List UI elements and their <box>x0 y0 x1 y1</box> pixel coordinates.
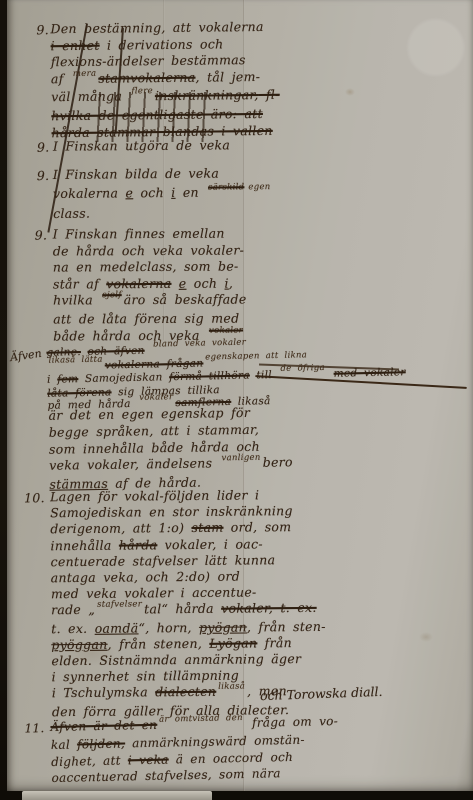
strikethrough-text: vokalerna frågan <box>105 357 204 371</box>
superscript-insert: egenskapen att likna <box>205 349 307 364</box>
item-number: 11. <box>24 720 44 737</box>
text-segment: , från sten- <box>247 618 326 634</box>
text-segment: Lagen för vokal-följden lider i <box>50 487 259 504</box>
text-segment: äro så beskaffade <box>124 292 247 308</box>
text-segment: “, horn, <box>138 620 199 636</box>
text-segment: derigenom, att 1:o) <box>50 520 191 536</box>
paragraph: 9.I Finskan utgöra de veka <box>53 136 230 154</box>
text-segment: hvilka <box>53 293 100 308</box>
strikethrough-text: dialecten <box>155 684 216 700</box>
text-segment: begge språken, att i stammar, <box>49 422 260 440</box>
text-segment: antaga veka, och 2:do) ord <box>51 569 240 586</box>
manuscript-line: rade „stafvelsertal“ hårda vokaler, t. e… <box>51 600 326 621</box>
manuscript-line: na en medelclass, som be- <box>53 259 247 277</box>
text-segment: ord, som <box>223 520 291 536</box>
text-segment: I Finskan utgöra de veka <box>53 137 230 153</box>
manuscript-line: veka vokaler, ändelsens vanligenbero <box>49 455 293 477</box>
text-segment: dighet, att <box>51 753 128 769</box>
strikethrough-text: pyöggan <box>51 637 107 652</box>
text-segment: fråga om vo- <box>245 714 338 730</box>
paragraph: 9.I Finskan bilda de vekavokalerna e och… <box>53 164 273 223</box>
text-segment: oamdä <box>95 620 139 635</box>
strikethrough-text: inskränkningar, <box>155 87 259 103</box>
superscript-insert: likaså lätta <box>48 353 102 367</box>
text-segment: i synnerhet sin tillämpning <box>52 668 239 685</box>
text-segment: tal“ hårda <box>144 601 221 617</box>
superscript-insert: vanligen <box>221 450 260 467</box>
margin-note: Äfven <box>9 347 42 364</box>
text-segment: na en medelclass, som be- <box>53 259 239 275</box>
text-segment: kal <box>51 738 78 753</box>
superscript-insert: de öfriga <box>280 362 325 376</box>
manuscript-line: väl många flereinskränkningar, fl- <box>51 87 280 108</box>
paragraph: 9.I Finskan finnes emellande hårda och v… <box>53 225 247 346</box>
strikethrough-text: Äfven är det en <box>50 718 157 734</box>
text-segment: ä en oaccord och <box>169 750 294 767</box>
superscript-insert: bland veka vokaler <box>153 337 246 352</box>
manuscript-photo: 9.Den bestämning, att vokalernai enhet i… <box>0 0 473 800</box>
text-segment: t. ex. <box>51 620 95 635</box>
text-segment: I Finskan bilda de veka <box>53 166 219 182</box>
text-segment: i Tschulymska <box>52 685 156 701</box>
superscript-insert: stafvelser <box>97 597 142 614</box>
text-segment: Samojediskan <box>78 371 169 385</box>
paragraph: 10.Lagen för vokal-följden lider iSamoje… <box>50 487 327 720</box>
text-segment: elden. Sistnämnda anmärkning äger <box>51 651 301 668</box>
superscript-insert: likaså <box>218 679 245 695</box>
text-segment: oaccentuerad stafvelses, som nära <box>51 766 281 785</box>
strikethrough-text: Lyögan <box>209 635 257 650</box>
text-segment: till <box>250 369 279 382</box>
manuscript-line: de hårda och veka vokaler- <box>53 242 247 260</box>
strikethrough-text: förmå tillhöra <box>169 370 250 384</box>
manuscript-line: derigenom, att 1:o) stam ord, som <box>50 519 325 538</box>
strikethrough-text: hvilka de egentligaste äro: att <box>51 106 263 123</box>
strikethrough-text: vokaler, t. ex. <box>221 600 317 616</box>
strikethrough-text: med vokaler <box>334 366 406 380</box>
text-segment <box>144 345 151 357</box>
text-segment: vokaler, i oac- <box>157 536 263 552</box>
text-segment: innehålla <box>50 537 119 553</box>
text-segment: vokalerna <box>53 185 126 201</box>
manuscript-page: 9.Den bestämning, att vokalernai enhet i… <box>7 0 473 791</box>
text-segment: väl många <box>51 89 129 105</box>
text-segment: , från stenen, <box>107 636 209 652</box>
manuscript-line: class. <box>53 203 273 223</box>
handwritten-text-layer: 9.Den bestämning, att vokalernai enhet i… <box>7 0 473 791</box>
text-segment: i <box>47 374 58 386</box>
manuscript-line: vokalerna e och i en särskildegen <box>53 183 273 205</box>
text-segment: och <box>133 184 171 199</box>
text-segment: de hårda och veka vokaler- <box>53 242 244 258</box>
manuscript-line: I Finskan utgöra de veka <box>53 136 230 154</box>
text-segment: från <box>257 635 292 650</box>
strikethrough-text: särskild <box>208 178 244 197</box>
manuscript-line: elden. Sistnämnda anmärkning äger <box>51 651 326 670</box>
item-number: 10. <box>24 490 45 506</box>
item-number: 9. <box>37 167 50 186</box>
strikethrough-text: hårda <box>119 537 158 552</box>
text-segment: en <box>175 184 206 199</box>
text-segment: af <box>51 71 71 86</box>
text-segment: och <box>186 275 224 290</box>
superscript-insert: mera <box>73 66 97 83</box>
strikethrough-text: fem <box>57 373 78 385</box>
text-segment: , tål jem- <box>195 69 260 85</box>
paragraph: 9.Den bestämning, att vokalernai enhet i… <box>50 19 280 142</box>
manuscript-line: I Finskan finnes emellan <box>53 225 247 243</box>
strikethrough-text: pyögan <box>199 619 247 634</box>
paragraph: galne. och äfven bland veka vokalerlikas… <box>46 339 406 413</box>
item-number: 9. <box>37 139 50 156</box>
text-segment: är det en egen egenskap för <box>48 405 250 423</box>
manuscript-line: Den bestämning, att vokalerna <box>50 19 279 38</box>
text-segment: , <box>229 275 233 290</box>
text-segment: bero <box>263 455 293 470</box>
text-segment: står af <box>53 276 106 291</box>
strikethrough-text: i veka <box>128 752 169 767</box>
manuscript-line: hvilka sjelfäro så beskaffade <box>53 292 247 312</box>
manuscript-line: står af vokalerna e och i, <box>53 275 247 293</box>
strikethrough-text: följden, <box>77 737 125 752</box>
text-segment: centuerade stafvelser lätt kunna <box>51 552 276 569</box>
strikethrough-text: i enhet <box>51 37 100 53</box>
superscript-insert: flere <box>131 84 153 101</box>
superscript-insert: vokaler <box>139 391 173 404</box>
superscript-insert: egen <box>248 178 270 197</box>
text-segment <box>171 276 178 291</box>
item-number: 9. <box>36 22 49 39</box>
strikethrough-text: sjelf <box>102 288 121 305</box>
text-segment: Samojediskan en stor inskränkning <box>50 503 293 520</box>
item-number: 9. <box>35 228 48 245</box>
text-segment: med veka vokaler i accentue- <box>51 585 257 602</box>
paragraph: är det en egen egenskap förbegge språken… <box>48 404 293 493</box>
superscript-insert: är omtvistad den <box>159 710 243 728</box>
text-segment: anmärkningswärd omstän- <box>125 733 305 751</box>
paragraph: 11.Äfven är det enär omtvistad den fråga… <box>50 713 339 787</box>
text-segment: I Finskan finnes emellan <box>53 226 225 242</box>
text-segment: class. <box>53 206 90 221</box>
next-page-edge <box>22 791 212 800</box>
margin-note: och Torowska diall. <box>260 684 383 703</box>
text-segment: Den bestämning, att vokalerna <box>50 19 263 36</box>
strikethrough-text: fl- <box>259 87 280 102</box>
text-segment: veka vokaler, ändelsens <box>49 456 220 473</box>
text-segment: rade „ <box>51 602 95 617</box>
strikethrough-text: stam <box>191 520 223 535</box>
strikethrough-text: låta förena <box>47 386 111 399</box>
text-segment: i derivations och <box>100 36 224 52</box>
